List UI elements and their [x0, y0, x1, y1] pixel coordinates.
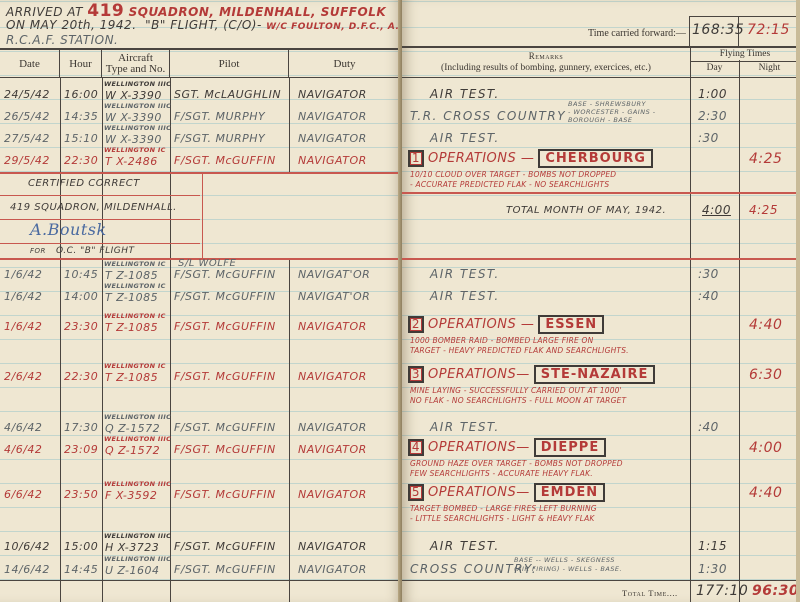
- entry-day-time: 1:00: [698, 87, 727, 101]
- entry-duty: NAVIGATOR: [298, 488, 367, 501]
- aircraft-serial: T X-2486: [105, 155, 158, 168]
- entry-pilot: F/SGT. MURPHY: [174, 110, 265, 123]
- operation-label: OPERATIONS—: [428, 485, 530, 500]
- aircraft-type: WELLINGTON IIIC: [104, 124, 171, 132]
- month-end-rule: [0, 172, 400, 174]
- entry-day-time: :30: [698, 131, 719, 145]
- entry-duty: NAVIGATOR: [298, 320, 367, 333]
- station-line: R.C.A.F. STATION.: [6, 33, 118, 47]
- arrival-date: ON MAY 20th, 1942.: [6, 18, 137, 32]
- aircraft-type: WELLINGTON IC: [104, 146, 166, 154]
- entry-pilot: F/SGT. McGUFFIN: [174, 563, 276, 576]
- operation-header: 3OPERATIONS—STE-NAZAIRE: [408, 365, 655, 384]
- operation-number-badge: 5: [408, 484, 424, 501]
- entry-night-time: 4:40: [749, 317, 782, 333]
- aircraft-type: WELLINGTON IIIC: [104, 80, 171, 88]
- bottom-rule: [0, 580, 400, 581]
- left-page: ARRIVED AT 419 SQUADRON, MILDENHALL, SUF…: [0, 0, 402, 602]
- entry-remarks: AIR TEST.: [430, 289, 500, 303]
- aircraft-type: WELLINGTON IC: [104, 312, 166, 320]
- entry-pilot: F/SGT. McGUFFIN: [174, 268, 276, 281]
- entry-hour: 23:50: [64, 488, 98, 501]
- flight-label: "B" FLIGHT, (C/O)-: [145, 18, 262, 32]
- operation-header: 2OPERATIONS —ESSEN: [408, 315, 604, 334]
- aircraft-serial: Q Z-1572: [105, 444, 160, 457]
- entry-duty: NAVIGATOR: [298, 421, 367, 434]
- operation-note: GROUND HAZE OVER TARGET - BOMBS NOT DROP…: [410, 459, 623, 468]
- col-duty: Duty: [289, 50, 400, 78]
- entry-date: 2/6/42: [4, 370, 42, 383]
- entry-hour: 14:00: [64, 290, 98, 303]
- squadron-place: SQUADRON, MILDENHALL, SUFFOLK: [129, 5, 387, 19]
- entry-night-time: 6:30: [749, 367, 782, 383]
- entry-night-time: 4:40: [749, 485, 782, 501]
- logbook-spread: ARRIVED AT 419 SQUADRON, MILDENHALL, SUF…: [0, 0, 800, 602]
- entry-duty: NAVIGATOR: [298, 88, 367, 101]
- route-detail: BOROUGH - BASE: [568, 116, 633, 124]
- route-detail: (AIR FIRING) - WELLS - BASE.: [514, 565, 622, 573]
- rule: [0, 195, 200, 196]
- aircraft-serial: H X-3723: [105, 541, 159, 554]
- operation-target: CHERBOURG: [538, 149, 653, 168]
- col-day: Day: [690, 63, 739, 73]
- total-time-day: 177:10: [696, 583, 748, 599]
- operation-target: DIEPPE: [534, 438, 606, 457]
- operation-number-badge: 3: [408, 366, 424, 383]
- operation-note: MINE LAYING - SUCCESSFULLY CARRIED OUT A…: [410, 386, 622, 395]
- arrival-line-2: ON MAY 20th, 1942. "B" FLIGHT, (C/O)- W/…: [6, 18, 419, 32]
- aircraft-serial: F X-3592: [105, 489, 157, 502]
- entry-pilot: F/SGT. McGUFFIN: [174, 370, 276, 383]
- route-detail: BASE -- WELLS - SKEGNESS: [514, 556, 615, 564]
- month-total-label: TOTAL MONTH OF MAY, 1942.: [506, 205, 666, 216]
- operation-note: 1000 BOMBER RAID - BOMBED LARGE FIRE ON: [410, 336, 593, 345]
- entry-date: 29/5/42: [4, 154, 50, 167]
- bottom-rule: [402, 580, 800, 581]
- operation-target: STE-NAZAIRE: [534, 365, 656, 384]
- left-column-headers: Date Hour Aircraft Type and No. Pilot Du…: [0, 48, 400, 78]
- aircraft-serial: Q Z-1572: [105, 422, 160, 435]
- entry-hour: 23:30: [64, 320, 98, 333]
- operation-header: 1OPERATIONS —CHERBOURG: [408, 149, 653, 168]
- entry-duty: NAVIGATOR: [298, 110, 367, 123]
- col-flying-times: Flying Times: [690, 49, 800, 62]
- entry-hour: 15:00: [64, 540, 98, 553]
- col-hour: Hour: [60, 50, 102, 78]
- entry-day-time: 1:15: [698, 539, 727, 553]
- operation-header: 5OPERATIONS—EMDEN: [408, 483, 605, 502]
- col-remarks: Remarks: [402, 51, 690, 61]
- entry-night-time: 4:25: [749, 151, 782, 167]
- entry-date: 14/6/42: [4, 563, 50, 576]
- operation-note: 10/10 CLOUD OVER TARGET - BOMBS NOT DROP…: [410, 170, 616, 179]
- entry-date: 10/6/42: [4, 540, 50, 553]
- carried-forward-day: 168:35: [692, 22, 744, 38]
- entry-date: 26/5/42: [4, 110, 50, 123]
- operation-label: OPERATIONS—: [428, 440, 530, 455]
- entry-duty: NAVIGATOR: [298, 132, 367, 145]
- entry-pilot: F/SGT. MURPHY: [174, 132, 265, 145]
- certified-for-oc: FOR O.C. "B" FLIGHT: [30, 246, 135, 256]
- entry-hour: 10:45: [64, 268, 98, 281]
- aircraft-type: WELLINGTON IC: [104, 260, 166, 268]
- aircraft-type: WELLINGTON IIIC: [104, 480, 171, 488]
- aircraft-type: WELLINGTON IIIC: [104, 435, 171, 443]
- operation-number-badge: 2: [408, 316, 424, 333]
- aircraft-serial: T Z-1085: [105, 321, 158, 334]
- operation-target: EMDEN: [534, 483, 605, 502]
- commanding-officer: W/C FOULTON, D.F.C., A.F.C.: [266, 22, 419, 32]
- signature: A.Boutsk: [30, 220, 107, 239]
- page-edge: [796, 0, 800, 602]
- entry-date: 4/6/42: [4, 421, 42, 434]
- entry-hour: 22:30: [64, 370, 98, 383]
- col-night: Night: [739, 63, 800, 73]
- col-date: Date: [0, 50, 60, 78]
- rule: [102, 78, 103, 602]
- aircraft-serial: T Z-1085: [105, 371, 158, 384]
- entry-pilot: F/SGT. McGUFFIN: [174, 154, 276, 167]
- rule: [60, 78, 61, 602]
- entry-hour: 14:35: [64, 110, 98, 123]
- aircraft-type: WELLINGTON IIIC: [104, 102, 171, 110]
- aircraft-serial: T Z-1085: [105, 291, 158, 304]
- entry-duty: NAVIGATOR: [298, 540, 367, 553]
- operation-note: TARGET - HEAVY PREDICTED FLAK AND SEARCH…: [410, 346, 629, 355]
- entry-pilot: F/SGT. McGUFFIN: [174, 488, 276, 501]
- col-pilot: Pilot: [170, 50, 289, 78]
- rule: [690, 46, 691, 602]
- entry-date: 27/5/42: [4, 132, 50, 145]
- aircraft-serial: T Z-1085: [105, 269, 158, 282]
- entry-remarks: AIR TEST.: [430, 420, 500, 434]
- month-total-night: 4:25: [749, 203, 778, 217]
- entry-pilot: SGT. McLAUGHLIN: [174, 88, 281, 101]
- entry-day-time: :40: [698, 289, 719, 303]
- entry-pilot: F/SGT. McGUFFIN: [174, 320, 276, 333]
- entry-day-time: 1:30: [698, 562, 727, 576]
- month-start-rule: [402, 258, 800, 260]
- rule: [170, 78, 171, 602]
- for-prefix: FOR: [30, 247, 46, 255]
- operation-note: NO FLAK - NO SEARCHLIGHTS - FULL MOON AT…: [410, 396, 626, 405]
- entry-pilot: F/SGT. McGUFFIN: [174, 290, 276, 303]
- right-page: Time carried forward:— 168:35 72:15 Rema…: [402, 0, 800, 602]
- rule: [739, 60, 740, 602]
- operation-label: OPERATIONS —: [428, 151, 534, 166]
- col-aircraft-line2: Type and No.: [106, 64, 165, 75]
- entry-duty: NAVIGATOR: [298, 563, 367, 576]
- entry-duty: NAVIGATOR: [298, 443, 367, 456]
- operation-note: TARGET BOMBED - LARGE FIRES LEFT BURNING: [410, 504, 597, 513]
- entry-pilot: F/SGT. McGUFFIN: [174, 421, 276, 434]
- entry-date: 1/6/42: [4, 290, 42, 303]
- aircraft-type: WELLINGTON IIIC: [104, 555, 171, 563]
- entry-remarks: AIR TEST.: [430, 539, 500, 553]
- entry-remarks: AIR TEST.: [430, 87, 500, 101]
- entry-duty: NAVIGATOR: [298, 154, 367, 167]
- entry-duty: NAVIGATOR: [298, 370, 367, 383]
- certified-correct: CERTIFIED CORRECT: [28, 178, 140, 189]
- operation-number-badge: 4: [408, 439, 424, 456]
- month-total-day: 4:00: [702, 203, 731, 217]
- total-time-night: 96:30: [752, 583, 799, 599]
- entry-date: 4/6/42: [4, 443, 42, 456]
- right-column-headers: Remarks (Including results of bombing, g…: [402, 46, 800, 78]
- col-remarks-sub: (Including results of bombing, gunnery, …: [402, 63, 690, 73]
- entry-date: 6/6/42: [4, 488, 42, 501]
- rule: [289, 258, 290, 602]
- entry-pilot: F/SGT. McGUFFIN: [174, 540, 276, 553]
- entry-pilot: F/SGT. McGUFFIN: [174, 443, 276, 456]
- rule: [0, 243, 200, 244]
- entry-day-time: 2:30: [698, 109, 727, 123]
- entry-date: 1/6/42: [4, 320, 42, 333]
- aircraft-serial: U Z-1604: [105, 564, 160, 577]
- entry-hour: 23:09: [64, 443, 98, 456]
- entry-hour: 16:00: [64, 88, 98, 101]
- aircraft-type: WELLINGTON IIIC: [104, 532, 171, 540]
- entry-day-time: :40: [698, 420, 719, 434]
- route-detail: BASE - SHREWSBURY: [568, 100, 646, 108]
- entry-date: 1/6/42: [4, 268, 42, 281]
- entry-hour: 17:30: [64, 421, 98, 434]
- entry-remarks: AIR TEST.: [430, 267, 500, 281]
- entry-night-time: 4:00: [749, 440, 782, 456]
- entry-day-time: :30: [698, 267, 719, 281]
- route-detail: - WORCESTER - GAINS -: [568, 108, 656, 116]
- total-time-label: Total Time....: [622, 588, 678, 598]
- entry-hour: 14:45: [64, 563, 98, 576]
- operation-note: FEW SEARCHLIGHTS - ACCURATE HEAVY FLAK.: [410, 469, 593, 478]
- oc-flight: O.C. "B" FLIGHT: [56, 246, 135, 256]
- entry-hour: 15:10: [64, 132, 98, 145]
- aircraft-type: WELLINGTON IC: [104, 362, 166, 370]
- operation-target: ESSEN: [538, 315, 604, 334]
- certified-squadron: 419 SQUADRON, MILDENHALL.: [10, 202, 177, 213]
- operation-header: 4OPERATIONS—DIEPPE: [408, 438, 606, 457]
- col-aircraft: Aircraft Type and No.: [102, 50, 170, 78]
- rule: [289, 78, 290, 172]
- entry-remarks: AIR TEST.: [430, 131, 500, 145]
- aircraft-type: WELLINGTON IIIC: [104, 413, 171, 421]
- aircraft-serial: W X-3390: [105, 111, 162, 124]
- operation-number-badge: 1: [408, 150, 424, 167]
- operation-label: OPERATIONS —: [428, 317, 534, 332]
- month-end-rule: [402, 192, 800, 194]
- arrived-prefix: ARRIVED AT: [6, 5, 83, 19]
- carried-forward-night: 72:15: [747, 22, 790, 38]
- operation-label: OPERATIONS—: [428, 367, 530, 382]
- entry-duty: NAVIGAT'OR: [298, 268, 370, 281]
- aircraft-serial: W X-3390: [105, 89, 162, 102]
- entry-hour: 22:30: [64, 154, 98, 167]
- aircraft-type: WELLINGTON IC: [104, 282, 166, 290]
- operation-note: - ACCURATE PREDICTED FLAK - NO SEARCHLIG…: [410, 180, 609, 189]
- entry-date: 24/5/42: [4, 88, 50, 101]
- aircraft-serial: W X-3390: [105, 133, 162, 146]
- entry-remarks: T.R. CROSS COUNTRY: [410, 109, 566, 123]
- carried-forward-label: Time carried forward:—: [588, 28, 686, 39]
- operation-note: - LITTLE SEARCHLIGHTS - LIGHT & HEAVY FL…: [410, 514, 595, 523]
- entry-duty: NAVIGAT'OR: [298, 290, 370, 303]
- rule: [202, 172, 203, 258]
